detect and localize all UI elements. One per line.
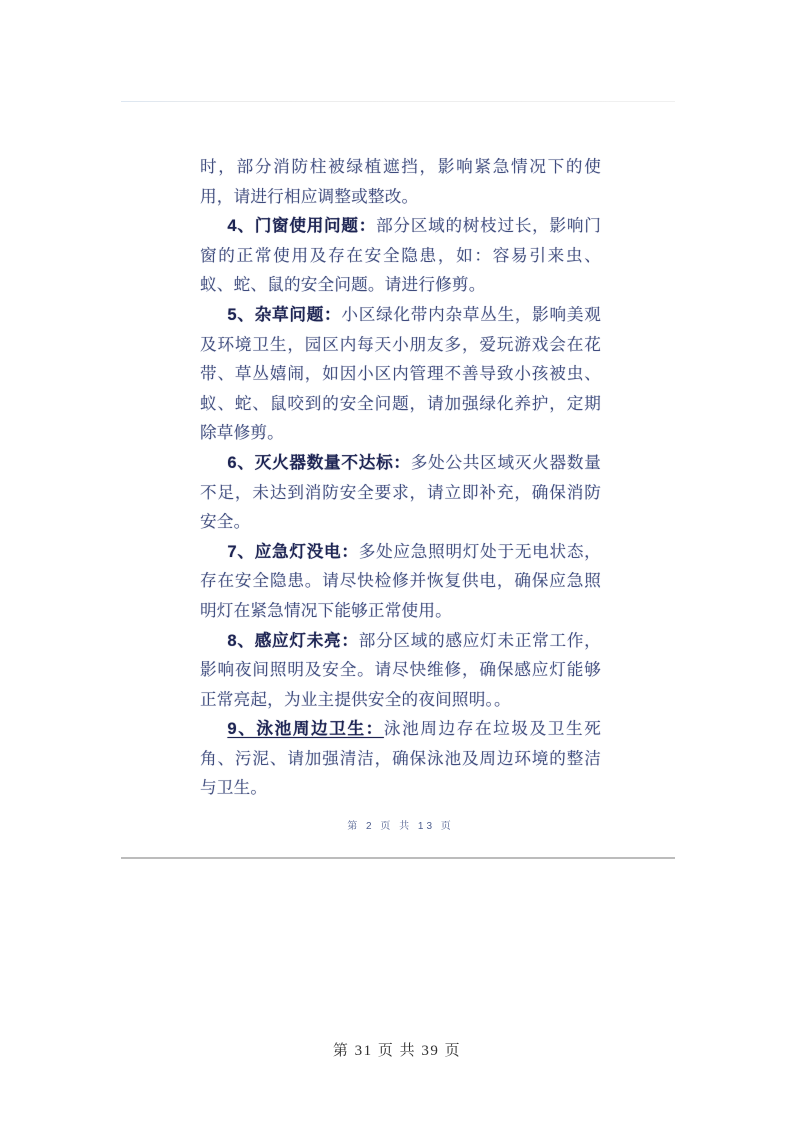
issue-item-paragraph: 6、灭火器数量不达标：多处公共区域灭火器数量不足，未达到消防安全要求，请立即补充… — [200, 448, 601, 537]
issue-heading: 4、门窗使用问题： — [227, 216, 376, 235]
issue-item-paragraph: 7、应急灯没电：多处应急照明灯处于无电状态，存在安全隐患。请尽快检修并恢复供电，… — [200, 537, 601, 626]
issue-heading: 6、灭火器数量不达标： — [227, 453, 410, 472]
page-number-footer: 第 31 页 共 39 页 — [0, 1039, 794, 1060]
scanned-page-number: 第 2 页 共 13 页 — [200, 817, 601, 832]
paragraph-text: 时，部分消防柱被绿植遮挡，影响紧急情况下的使用，请进行相应调整或整改。 — [200, 157, 601, 206]
header-divider — [121, 101, 675, 102]
footer-divider — [121, 857, 675, 859]
issue-heading: 8、感应灯未亮： — [227, 631, 358, 650]
document-body: 时，部分消防柱被绿植遮挡，影响紧急情况下的使用，请进行相应调整或整改。 4、门窗… — [200, 152, 601, 803]
issue-heading: 9、泳池周边卫生： — [227, 719, 384, 738]
issue-item-paragraph: 4、门窗使用问题：部分区域的树枝过长，影响门窗的正常使用及存在安全隐患，如：容易… — [200, 211, 601, 300]
paragraph-text: 小区绿化带内杂草丛生，影响美观及环境卫生，园区内每天小朋友多，爱玩游戏会在花带、… — [200, 305, 601, 442]
document-page: 时，部分消防柱被绿植遮挡，影响紧急情况下的使用，请进行相应调整或整改。 4、门窗… — [0, 0, 794, 1123]
issue-item-paragraph: 9、泳池周边卫生：泳池周边存在垃圾及卫生死角、污泥、请加强清洁，确保泳池及周边环… — [200, 714, 601, 803]
continuation-paragraph: 时，部分消防柱被绿植遮挡，影响紧急情况下的使用，请进行相应调整或整改。 — [200, 152, 601, 211]
scanned-document-content: 时，部分消防柱被绿植遮挡，影响紧急情况下的使用，请进行相应调整或整改。 4、门窗… — [200, 152, 601, 832]
issue-item-paragraph: 8、感应灯未亮：部分区域的感应灯未正常工作，影响夜间照明及安全。请尽快维修，确保… — [200, 626, 601, 715]
issue-heading: 7、应急灯没电： — [227, 542, 358, 561]
issue-item-paragraph: 5、杂草问题：小区绿化带内杂草丛生，影响美观及环境卫生，园区内每天小朋友多，爱玩… — [200, 300, 601, 448]
issue-heading: 5、杂草问题： — [227, 305, 341, 324]
